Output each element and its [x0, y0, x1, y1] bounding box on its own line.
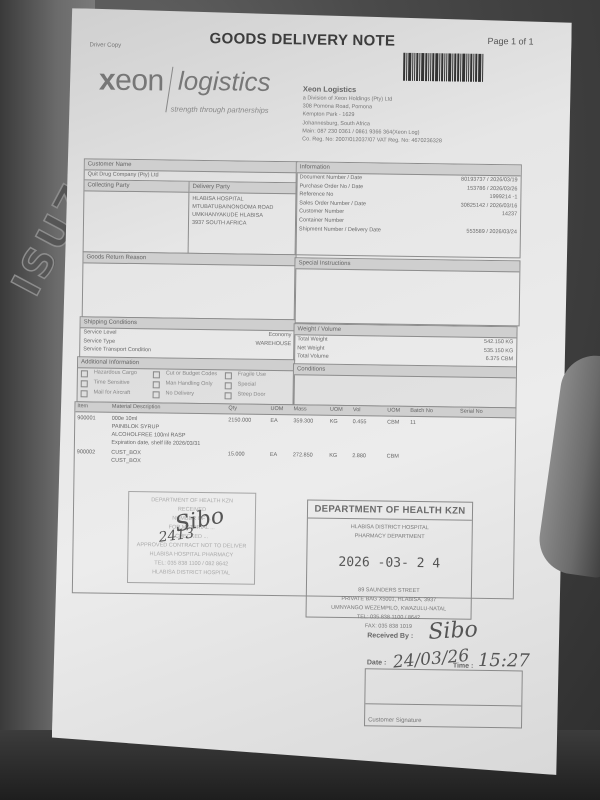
stamp-line: HLABISA DISTRICT HOSPITAL [128, 568, 254, 579]
table-cell: CUST_BOXCUST_BOX [109, 449, 226, 467]
table-cell: CBM [385, 453, 408, 469]
barcode [403, 53, 487, 82]
table-cell: KG [327, 452, 350, 468]
info-row-value: 30825142 / 2026/03/16 [461, 201, 518, 210]
checkbox[interactable] [81, 380, 88, 387]
checkbox-row: Mail for AircraftNo DeliverySteep Door [78, 388, 294, 401]
table-cell: CBM [385, 419, 408, 451]
document-title: GOODS DELIVERY NOTE [209, 30, 395, 50]
date-label: Date : [367, 659, 387, 666]
delivery-note-paper: Driver Copy GOODS DELIVERY NOTE Page 1 o… [51, 8, 572, 775]
description-line: CUST_BOX [111, 457, 226, 467]
company-address: Xeon Logistics a Division of Xeon Holdin… [302, 84, 443, 145]
table-cell [457, 420, 515, 453]
stamp-date: 2026 -03- 2 4 [307, 554, 471, 571]
logo-logistics: logistics [178, 66, 271, 98]
table-cell: 900001 [75, 414, 110, 446]
department-of-health-stamp: DEPARTMENT OF HEALTH KZN HLABISA DISTRIC… [306, 499, 474, 619]
table-cell: 272.850 [291, 451, 328, 468]
checkbox[interactable] [225, 382, 232, 389]
goods-return-reason: Goods Return Reason [82, 251, 297, 320]
table-cell: KG [327, 418, 350, 450]
checkbox[interactable] [225, 392, 232, 399]
items-column-header: Vol [351, 406, 386, 415]
table-cell: 359.300 [291, 417, 328, 450]
weight-row-label: Net Weight [297, 344, 324, 353]
items-column-header: UOM [268, 405, 291, 414]
info-row-value: 553589 / 2026/03/24 [466, 227, 517, 236]
received-by-signature: Sibo [428, 617, 479, 645]
checkbox[interactable] [153, 391, 160, 398]
items-column-header: Mass [291, 405, 327, 415]
info-row-label: Shipment Number / Delivery Date [299, 225, 381, 235]
shipping-conditions: Shipping Conditions Service LevelEconomy… [79, 316, 296, 361]
items-column-header: Serial No [458, 408, 515, 418]
items-column-header: UOM [385, 407, 408, 416]
weight-row-label: Total Weight [297, 335, 327, 344]
items-column-header: Batch No [408, 407, 458, 417]
conditions: Conditions [292, 363, 517, 408]
shipping-row-value: Economy [268, 331, 291, 340]
info-row-value: 14237 [502, 211, 517, 220]
description-line: Expiration date, shelf life 2026/03/31 [111, 439, 226, 449]
weight-row-value: 6.375 CBM [486, 355, 514, 364]
logo-brand: xeon [99, 64, 164, 99]
stamp-line: PHARMACY DEPARTMENT [308, 531, 472, 542]
shipping-row-label: Service Transport Condition [83, 346, 151, 356]
time-value: 15:27 [478, 650, 530, 672]
weight-row-value: 535.150 KG [484, 347, 513, 356]
company-address-line: Co. Reg. No: 2007/012037/07 VAT Reg. No:… [302, 135, 442, 145]
table-cell: 000e 10mlPAINBLOK SYRUPALCOHOLFREE 100ml… [109, 415, 226, 449]
items-column-header: Material Description [110, 403, 227, 414]
table-cell: 2150.000 [226, 416, 269, 449]
copy-label: Driver Copy [89, 42, 121, 48]
collecting-party: Collecting Party [84, 180, 190, 253]
checkbox[interactable] [225, 372, 232, 379]
info-row-value: 1999214 -1 [489, 193, 517, 202]
shipping-row-value: WAREHOUSE [255, 339, 291, 348]
weight-row-value: 542.150 KG [484, 338, 513, 347]
table-cell [408, 453, 458, 470]
checkbox[interactable] [153, 371, 160, 378]
weight-volume: Weight / Volume Total Weight542.150 KGNe… [293, 323, 518, 368]
items-column-header: Item [75, 402, 110, 411]
delivery-party-line: 3937 SOUTH AFRICA [192, 219, 293, 228]
checkbox[interactable] [81, 390, 88, 397]
items-column-header: Qty [226, 404, 268, 414]
customer-signature-box: Customer Signature [364, 668, 523, 728]
weight-row-label: Total Volume [297, 353, 329, 362]
information-section: Information Document Number / Date801937… [295, 161, 522, 258]
table-cell: EA [268, 417, 291, 449]
additional-information: Additional Information Hazardous CargoCu… [76, 356, 295, 405]
checkbox-label: No Delivery [165, 389, 218, 400]
logo-tagline: strength through partnerships [171, 105, 269, 115]
table-cell: EA [268, 451, 291, 467]
page-number: Page 1 of 1 [487, 36, 533, 47]
table-cell: 2.880 [350, 452, 385, 468]
checkbox-label: Steep Door [237, 390, 290, 401]
table-row: 900001000e 10mlPAINBLOK SYRUPALCOHOLFREE… [75, 412, 515, 452]
table-cell: 0.455 [350, 418, 385, 450]
delivery-party: Delivery Party HLABISA HOSPITALMTUBATUBA… [189, 182, 297, 255]
table-cell: 900002 [75, 448, 110, 464]
customer-section: Customer Name Quit Drug Company (Pty) Lt… [83, 158, 298, 255]
table-cell: 15.000 [226, 450, 268, 467]
received-by-label: Received By : [367, 632, 413, 640]
items-column-header: UOM [328, 406, 351, 415]
table-cell: 11 [408, 419, 458, 452]
special-instructions: Special Instructions [294, 257, 521, 326]
info-row: Shipment Number / Delivery Date553589 / … [296, 225, 520, 237]
info-row-value: 153786 / 2026/03/26 [467, 184, 518, 193]
checkbox[interactable] [81, 370, 88, 377]
checkbox[interactable] [153, 381, 160, 388]
table-cell [457, 454, 515, 471]
checkbox-label: Mail for Aircraft [93, 388, 146, 399]
